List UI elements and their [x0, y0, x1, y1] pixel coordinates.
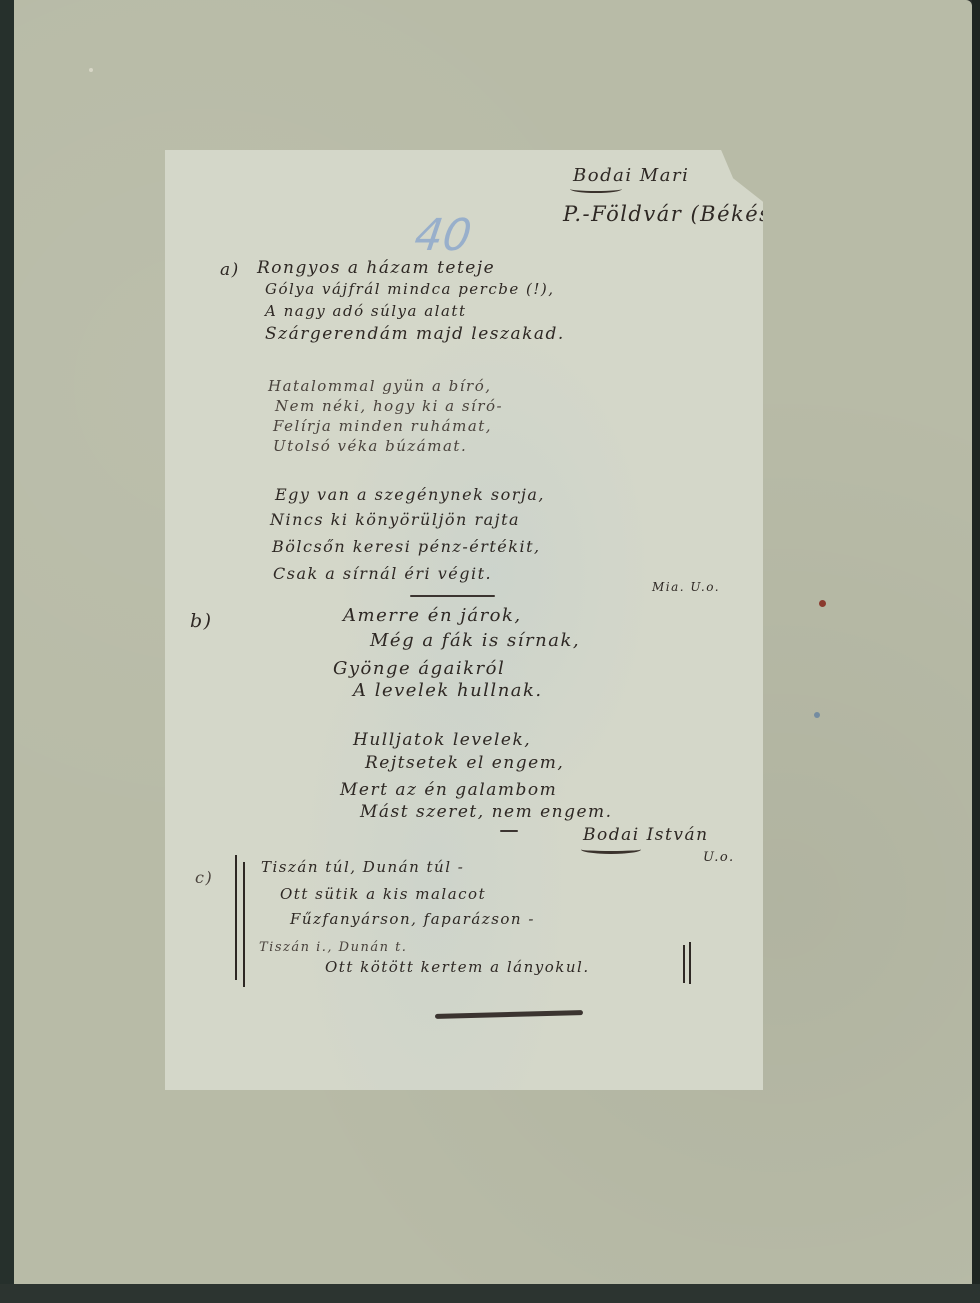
- signature-note: U.o.: [703, 850, 735, 865]
- scan-border-bottom: [0, 1284, 980, 1303]
- signature: Bodai István: [583, 825, 709, 845]
- verse-line: A nagy adó súlya alatt: [265, 302, 466, 320]
- signature-underline: [581, 845, 641, 854]
- margin-note: Mia. U.o.: [652, 580, 720, 594]
- collector-name: Bodai Mari: [573, 165, 689, 186]
- end-double-bar-2: [689, 942, 691, 984]
- verse-line: Tiszán i., Dunán t.: [259, 940, 407, 955]
- verse-line: Felírja minden ruhámat,: [273, 417, 492, 435]
- verse-line: Rejtsetek el engem,: [365, 753, 564, 773]
- verse-line: Tiszán túl, Dunán túl -: [261, 858, 464, 876]
- section-label-a: a): [220, 260, 240, 280]
- manuscript-sheet: Bodai Mari P.-Földvár (Békés) 40 a) Rong…: [165, 150, 763, 1090]
- red-ink-speck: [819, 600, 826, 607]
- closing-rule: [435, 1010, 583, 1019]
- verse-line: Mást szeret, nem engem.: [360, 802, 613, 822]
- short-dash: [500, 830, 518, 832]
- blue-speck: [814, 712, 820, 718]
- verse-line: Szárgerendám majd leszakad.: [265, 324, 565, 344]
- scan-border-right: [972, 0, 980, 1303]
- section-label-b: b): [190, 610, 213, 632]
- verse-line: Egy van a szegénynek sorja,: [275, 485, 545, 504]
- verse-line: Amerre én járok,: [343, 605, 522, 626]
- verse-line: Ott sütik a kis malacot: [280, 885, 486, 903]
- dust-speck: [89, 68, 93, 72]
- verse-line: Még a fák is sírnak,: [370, 630, 580, 651]
- verse-line: A levelek hullnak.: [353, 680, 543, 701]
- verse-line: Hulljatok levelek,: [353, 730, 531, 750]
- verse-line: Fűzfanyárson, faparázson -: [290, 910, 535, 928]
- margin-double-bar-2: [243, 862, 245, 987]
- end-double-bar-1: [683, 945, 685, 983]
- verse-line: Mert az én galambom: [340, 780, 557, 800]
- verse-line: Utolsó véka búzámat.: [273, 437, 467, 455]
- verse-line: Gólya vájfrál mindca percbe (!),: [265, 280, 555, 298]
- verse-line: Csak a sírnál éri végit.: [273, 564, 492, 583]
- collector-underline: [570, 185, 622, 193]
- verse-line: Nem néki, hogy ki a síró-: [275, 397, 503, 415]
- margin-double-bar-1: [235, 855, 237, 980]
- archive-number: 40: [411, 210, 474, 261]
- verse-line: Rongyos a házam teteje: [257, 258, 495, 278]
- verse-line: Nincs ki könyörüljön rajta: [270, 510, 520, 529]
- verse-line: Bölcsőn keresi pénz-értékit,: [272, 537, 541, 556]
- location: P.-Földvár (Békés): [563, 202, 781, 226]
- section-divider: [410, 595, 495, 597]
- section-label-c: c): [195, 868, 213, 887]
- verse-line: Ott kötött kertem a lányokul.: [325, 958, 590, 976]
- verse-line: Gyönge ágaikról: [333, 658, 505, 679]
- verse-line: Hatalommal gyün a bíró,: [268, 377, 492, 395]
- scan-border-left: [0, 0, 14, 1303]
